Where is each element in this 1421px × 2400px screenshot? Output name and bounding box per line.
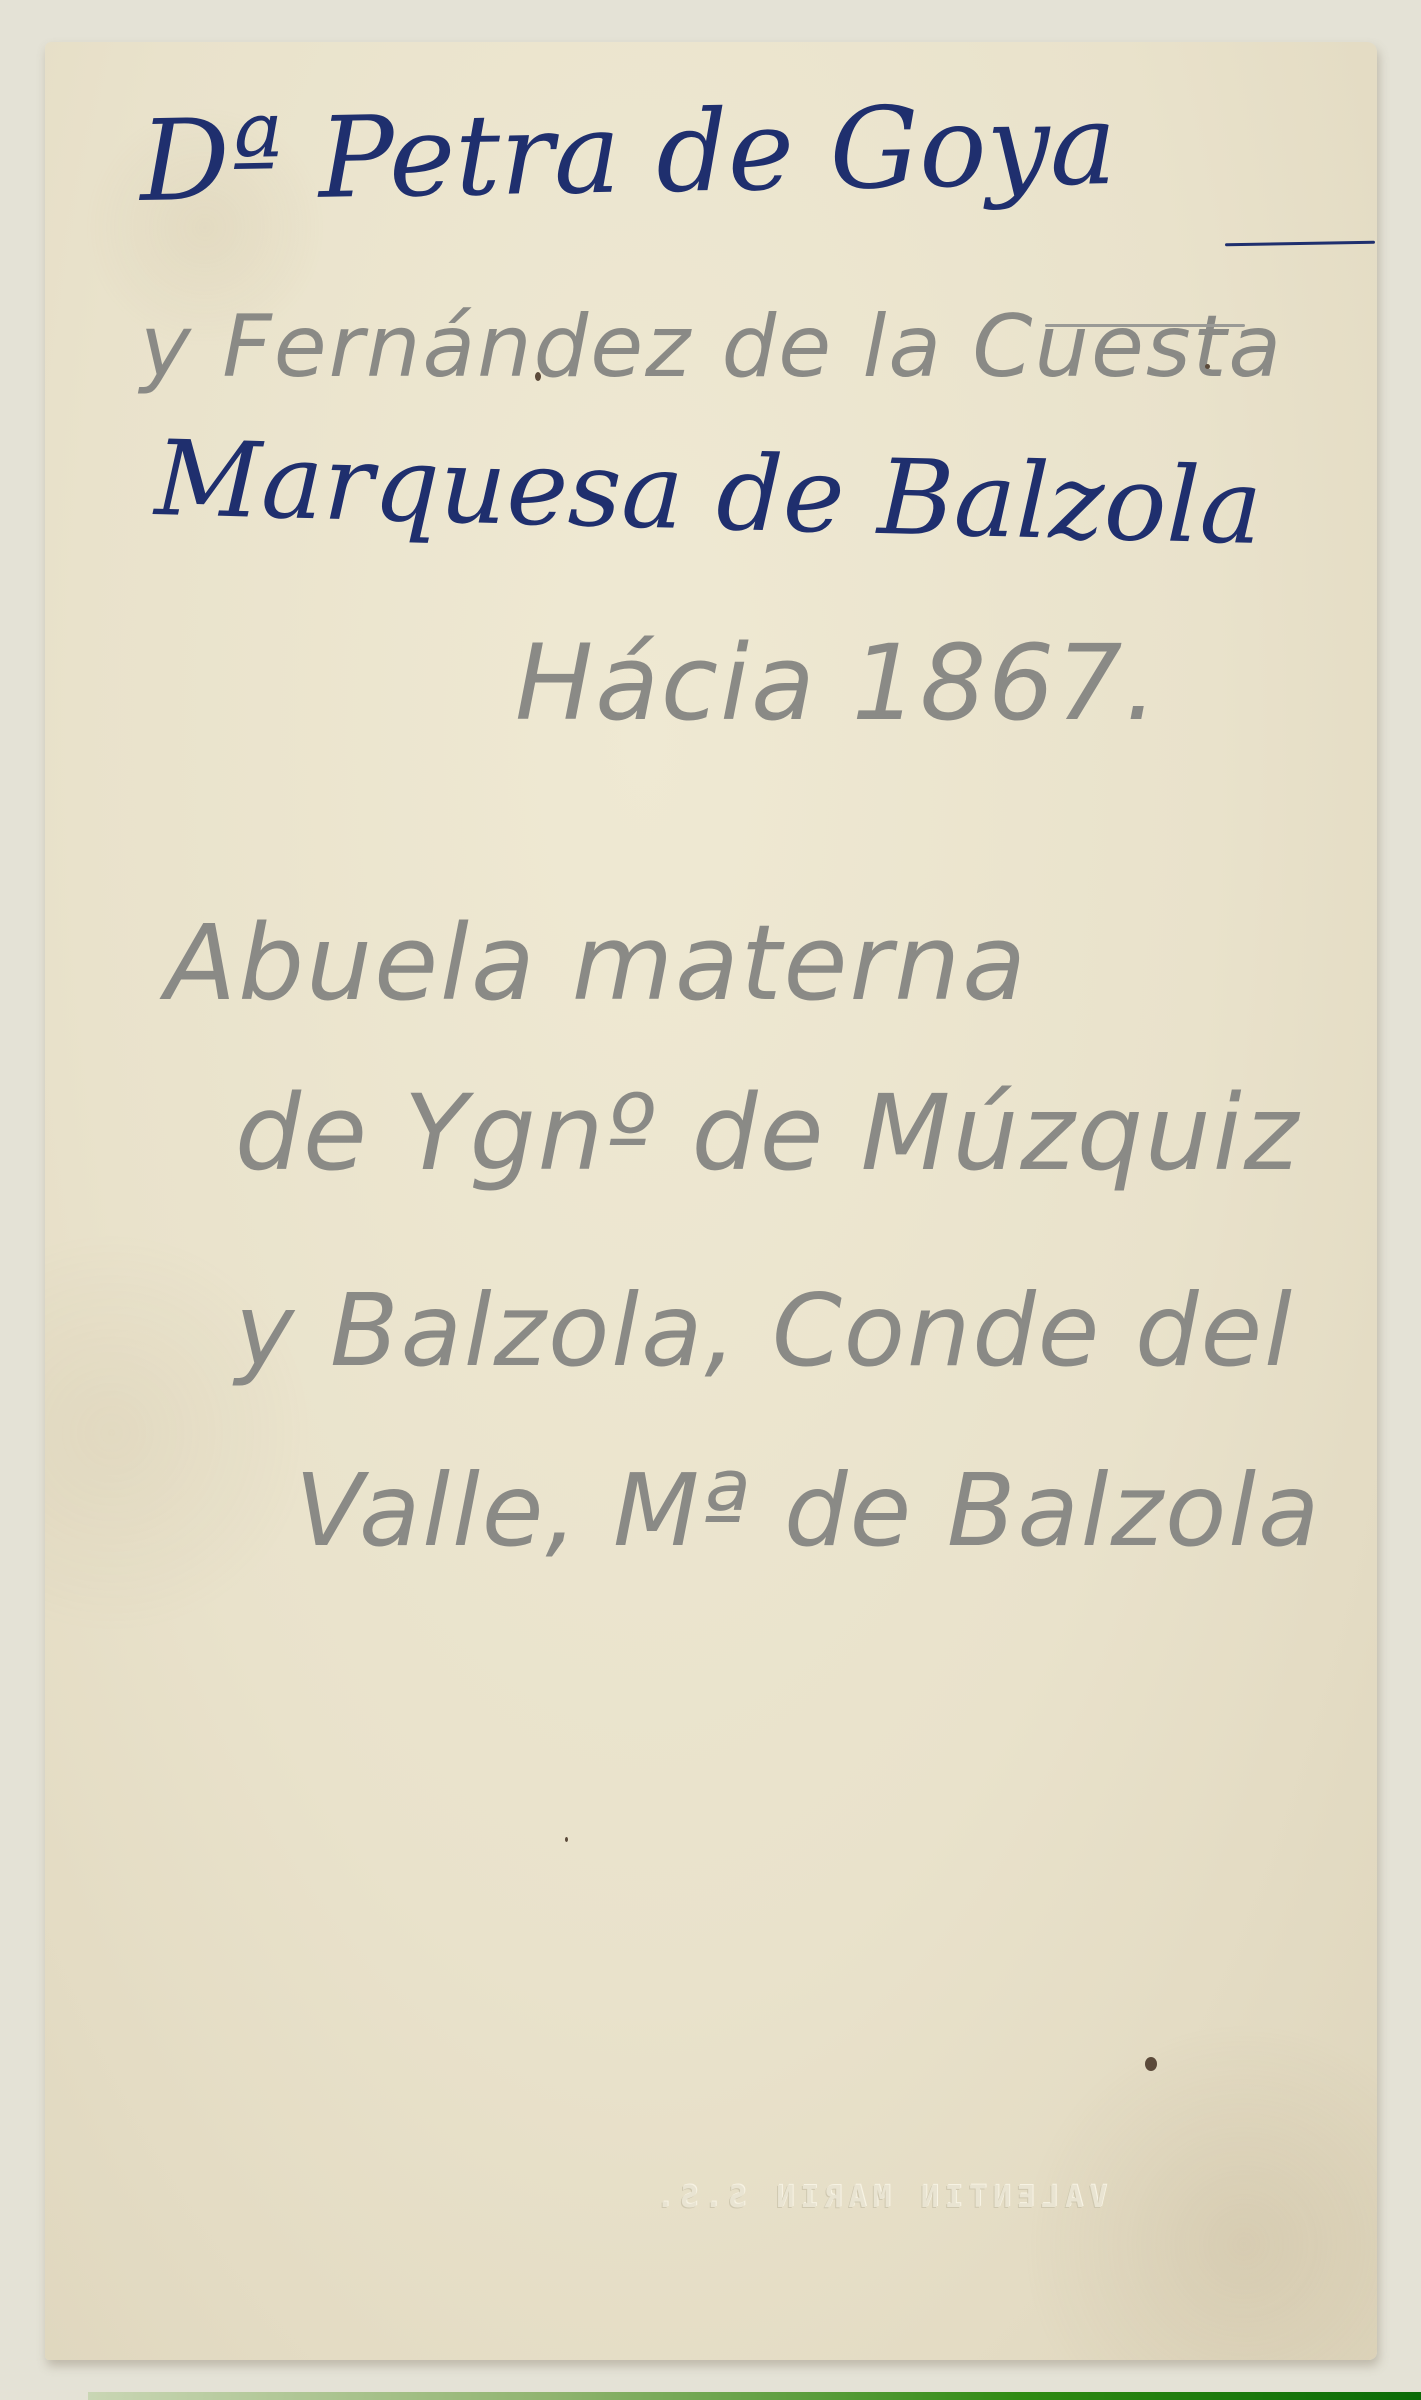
- ink-line-title: Marquesa de Balzola: [153, 417, 1263, 568]
- paper-speck: [535, 372, 541, 381]
- ink-line-name: Dª Petra de Goya: [139, 80, 1118, 227]
- ink-flourish-underline: [1225, 241, 1375, 247]
- paper-speck: [1205, 364, 1210, 369]
- paper-speck: [1145, 2057, 1157, 2071]
- pencil-strike: [1045, 324, 1245, 327]
- pencil-line-relation: Abuela materna: [165, 902, 1028, 1024]
- photo-card-reverse: Dª Petra de Goya y Fernández de la Cuest…: [45, 42, 1377, 2360]
- pencil-line-date: Hácia 1867.: [515, 622, 1160, 744]
- pencil-line-marquis: Valle, Mª de Balzola: [295, 1452, 1321, 1569]
- pencil-line-count: y Balzola, Conde del: [235, 1272, 1294, 1389]
- pencil-line-grandson: de Ygnº de Múzquiz: [235, 1072, 1300, 1194]
- embossed-photographer-stamp: VALENTIN MARIN S.S.: [650, 2180, 1107, 2215]
- bottom-accent-bar: [88, 2392, 1421, 2400]
- pencil-line-surname: y Fernández de la Cuesta: [140, 297, 1283, 397]
- paper-speck: [565, 1837, 568, 1842]
